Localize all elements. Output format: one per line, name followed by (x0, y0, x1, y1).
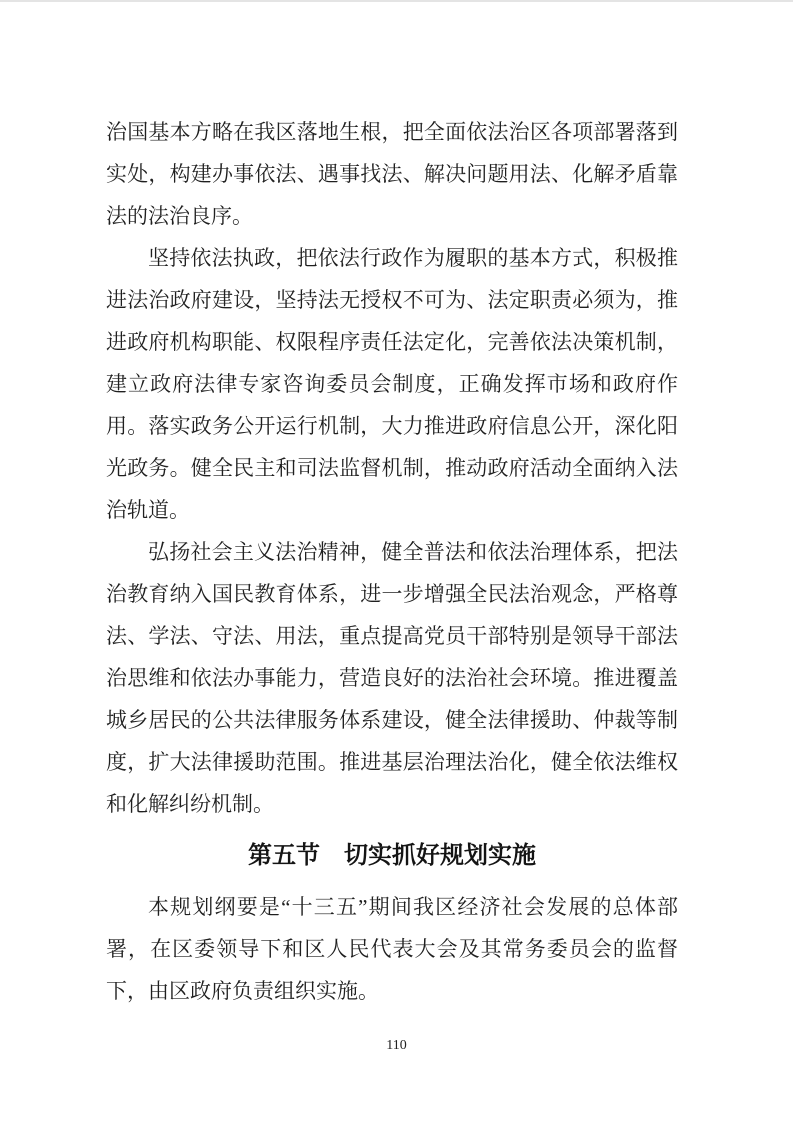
scan-edge-artifact (0, 0, 793, 2)
paragraph: 本规划纲要是“十三五”期间我区经济社会发展的总体部 署，在区委领导下和区人民代表… (106, 886, 678, 1012)
text-line: 本规划纲要是“十三五”期间我区经济社会发展的总体部 (106, 886, 678, 928)
text-line: 光政务。健全民主和司法监督机制，推动政府活动全面纳入法 (106, 447, 678, 489)
text-line: 治国基本方略在我区落地生根，把全面依法治区各项部署落到 (106, 111, 678, 153)
text-line: 治教育纳入国民教育体系，进一步增强全民法治观念，严格尊 (106, 573, 678, 615)
text-line: 法的法治良序。 (106, 195, 678, 237)
page-number: 110 (0, 1036, 793, 1056)
text-line: 实处，构建办事依法、遇事找法、解决问题用法、化解矛盾靠 (106, 153, 678, 195)
text-line: 坚持依法执政，把依法行政作为履职的基本方式，积极推 (106, 237, 678, 279)
text-line: 治轨道。 (106, 489, 678, 531)
paragraph: 弘扬社会主义法治精神，健全普法和依法治理体系，把法 治教育纳入国民教育体系，进一… (106, 531, 678, 825)
paragraph-continued: 治国基本方略在我区落地生根，把全面依法治区各项部署落到 实处，构建办事依法、遇事… (106, 111, 678, 237)
document-page: 治国基本方略在我区落地生根，把全面依法治区各项部署落到 实处，构建办事依法、遇事… (0, 0, 793, 1122)
text-line: 城乡居民的公共法律服务体系建设，健全法律援助、仲裁等制 (106, 699, 678, 741)
text-line: 建立政府法律专家咨询委员会制度，正确发挥市场和政府作 (106, 363, 678, 405)
text-line: 进政府机构职能、权限程序责任法定化，完善依法决策机制， (106, 321, 678, 363)
text-line: 进法治政府建设，坚持法无授权不可为、法定职责必须为，推 (106, 279, 678, 321)
section-heading: 第五节 切实抓好规划实施 (106, 835, 678, 877)
text-line: 和化解纠纷机制。 (106, 783, 678, 825)
text-line: 署，在区委领导下和区人民代表大会及其常务委员会的监督 (106, 928, 678, 970)
document-body: 治国基本方略在我区落地生根，把全面依法治区各项部署落到 实处，构建办事依法、遇事… (106, 111, 678, 1012)
text-line: 治思维和依法办事能力，营造良好的法治社会环境。推进覆盖 (106, 657, 678, 699)
text-line: 法、学法、守法、用法，重点提高党员干部特别是领导干部法 (106, 615, 678, 657)
text-line: 用。落实政务公开运行机制，大力推进政府信息公开，深化阳 (106, 405, 678, 447)
text-line: 下，由区政府负责组织实施。 (106, 970, 678, 1012)
paragraph: 坚持依法执政，把依法行政作为履职的基本方式，积极推 进法治政府建设，坚持法无授权… (106, 237, 678, 531)
text-line: 度，扩大法律援助范围。推进基层治理法治化，健全依法维权 (106, 741, 678, 783)
text-line: 弘扬社会主义法治精神，健全普法和依法治理体系，把法 (106, 531, 678, 573)
